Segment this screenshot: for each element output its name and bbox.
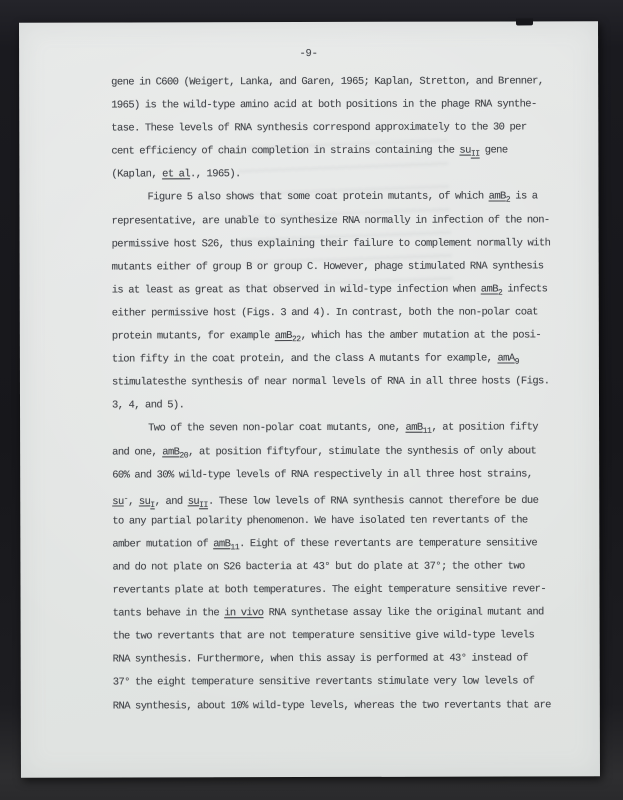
text-line: stimulatesthe synthesis of near normal l… xyxy=(112,370,589,394)
text-line: gene in C600 (Weigert, Lanka, and Garen,… xyxy=(111,70,588,94)
text-line: protein mutants, for example amB22, whic… xyxy=(112,324,589,348)
text-line: amber mutation of amB11. Eight of these … xyxy=(112,532,589,556)
text-line: tion fifty in the coat protein, and the … xyxy=(112,347,589,371)
text-line: revertants plate at both temperatures. T… xyxy=(112,578,589,602)
text-line: (Kaplan, et al., 1965). xyxy=(111,163,588,187)
text-line: and one, amB20, at position fiftyfour, s… xyxy=(112,440,589,464)
document-page: -9- gene in C600 (Weigert, Lanka, and Ga… xyxy=(19,21,600,778)
text-line: is at least as great as that observed in… xyxy=(112,278,589,302)
document-body: gene in C600 (Weigert, Lanka, and Garen,… xyxy=(19,70,600,718)
text-line: 60% and 30% wild-type levels of RNA resp… xyxy=(112,463,589,487)
text-line: mutants either of group B or group C. Ho… xyxy=(112,255,589,279)
text-line: cent efficiency of chain completion in s… xyxy=(111,140,588,164)
text-line: 3, 4, and 5). xyxy=(112,394,589,418)
text-line: RNA synthesis. Furthermore, when this as… xyxy=(113,648,590,672)
text-line: tase. These levels of RNA synthesis corr… xyxy=(111,116,588,140)
text-line: Two of the seven non-polar coat mutants,… xyxy=(112,417,589,441)
text-line: 1965) is the wild-type amino acid at bot… xyxy=(111,93,588,117)
text-line: to any partial polarity phenomenon. We h… xyxy=(112,509,589,533)
text-line: permissive host S26, thus explaining the… xyxy=(112,232,589,256)
text-line: the two revertants that are not temperat… xyxy=(113,625,590,649)
page-edge-notch xyxy=(516,18,533,25)
text-line: Figure 5 also shows that some coat prote… xyxy=(111,186,588,210)
text-line: either permissive host (Figs. 3 and 4). … xyxy=(112,301,589,325)
text-line: representative, are unable to synthesize… xyxy=(112,209,589,233)
text-line: RNA synthesis, about 10% wild-type level… xyxy=(113,694,590,718)
text-line: su-, suI, and suII. These low levels of … xyxy=(112,486,589,510)
scan-background: -9- gene in C600 (Weigert, Lanka, and Ga… xyxy=(0,0,623,800)
text-line: 37° the eight temperature sensitive reve… xyxy=(113,671,590,695)
text-line: and do not plate on S26 bacteria at 43° … xyxy=(112,555,589,579)
text-line: tants behave in the in vivo RNA syntheta… xyxy=(113,601,590,625)
page-number: -9- xyxy=(19,47,598,61)
